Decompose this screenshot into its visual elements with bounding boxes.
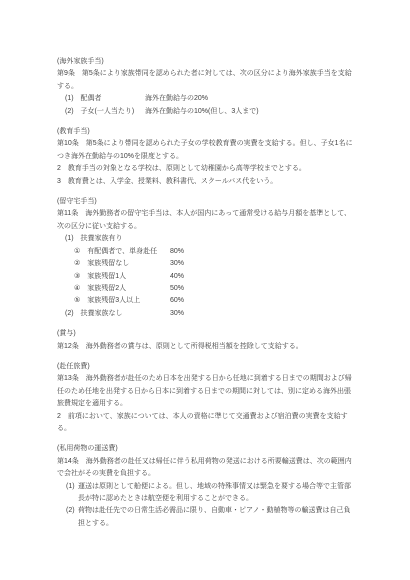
rate-row-value: 60% [170, 295, 184, 307]
section-bonus: (賞与) 第12条 海外勤務者の賞与は、原則として所得税相当額を控除して支給する… [57, 328, 356, 353]
rate-row: ③ 家族残留1人 40% [57, 271, 356, 283]
section-heading: (教育手当) [57, 126, 356, 138]
rate-row-label: ⑤ 家族残留3人以上 [74, 295, 170, 307]
rate-row-no-dependents: (2) 扶養家族なし 30% [57, 308, 356, 320]
article-12-text: 第12条 海外勤務者の賞与は、原則として所得税相当額を控除して支給する。 [57, 341, 356, 353]
rate-row: ④ 家族残留2人 50% [57, 283, 356, 295]
article-10-clause-2: 2 教育手当の対象となる学校は、原則として幼稚園から高等学校までとする。 [57, 163, 356, 175]
allowance-row-label: (2) 子女(一人当たり) [65, 106, 145, 118]
section-overseas-family-allowance: (海外家族手当) 第9条 第5条により家族帯同を認められた者に対しては、次の区分… [57, 56, 356, 118]
section-heading: (私用荷物の運送費) [57, 443, 356, 455]
rate-row-label: ① 有配偶者で、単身赴任 [74, 246, 170, 258]
article-10-text: 第10条 第5条により帯同を認められた子女の学校教育費の実費を支給する。但し、子… [57, 138, 356, 163]
article-13-text: 第13条 海外勤務者が赴任のため日本を出発する日から任地に到着する日までの期間お… [57, 373, 356, 410]
article-11-text: 第11条 海外勤務者の留守宅手当は、本人が国内にあって通常受ける給与月額を基準と… [57, 208, 356, 233]
rate-group-label-text: (1) 扶養家族有り [65, 233, 123, 245]
clause-marker: (1) [66, 481, 78, 506]
section-relocation-travel-expenses: (赴任旅費) 第13条 海外勤務者が赴任のため日本を出発する日から任地に到着する… [57, 361, 356, 435]
allowance-row: (2) 子女(一人当たり) 海外在勤給与の10%(但し、3人まで) [57, 106, 356, 118]
rate-row: ① 有配偶者で、単身赴任 80% [57, 246, 356, 258]
rate-row-label: ② 家族残留なし [74, 258, 170, 270]
rate-group-label: (1) 扶養家族有り [57, 233, 356, 245]
rate-row-value: 50% [170, 283, 184, 295]
clause-text: 運送は原則として船便による。但し、地域の特殊事情又は緊急を要する場合等で主管部長… [78, 481, 356, 506]
clause-marker: (2) [66, 505, 78, 530]
rate-row-label: (2) 扶養家族なし [65, 308, 170, 320]
section-heading: (海外家族手当) [57, 56, 356, 68]
section-personal-baggage-shipping: (私用荷物の運送費) 第14条 海外勤務者の赴任又は帰任に伴う私用荷物の発送にお… [57, 443, 356, 530]
allowance-row-value: 海外在勤給与の10%(但し、3人まで) [145, 106, 259, 118]
section-heading: (賞与) [57, 328, 356, 340]
rate-row-value: 80% [170, 246, 184, 258]
rate-row: ⑤ 家族残留3人以上 60% [57, 295, 356, 307]
allowance-row-value: 海外在勤給与の20% [145, 93, 208, 105]
clause-item: (2) 荷物は赴任先での日常生活必需品に限り、自動車・ピアノ・動植物等の輸送費は… [57, 505, 356, 530]
rate-row-label: ③ 家族残留1人 [74, 271, 170, 283]
rate-row-label: ④ 家族残留2人 [74, 283, 170, 295]
article-14-text: 第14条 海外勤務者の赴任又は帰任に伴う私用荷物の発送における所要輸送費は、次の… [57, 456, 356, 481]
clause-text: 荷物は赴任先での日常生活必需品に限り、自動車・ピアノ・動植物等の輸送費は自己負担… [78, 505, 356, 530]
section-education-allowance: (教育手当) 第10条 第5条により帯同を認められた子女の学校教育費の実費を支給… [57, 126, 356, 188]
section-heading: (赴任旅費) [57, 361, 356, 373]
rate-row: ② 家族残留なし 30% [57, 258, 356, 270]
rate-row-value: 30% [170, 258, 184, 270]
section-home-allowance: (留守宅手当) 第11条 海外勤務者の留守宅手当は、本人が国内にあって通常受ける… [57, 196, 356, 320]
rate-row-value: 40% [170, 271, 184, 283]
section-heading: (留守宅手当) [57, 196, 356, 208]
allowance-row: (1) 配偶者 海外在勤給与の20% [57, 93, 356, 105]
clause-item: (1) 運送は原則として船便による。但し、地域の特殊事情又は緊急を要する場合等で… [57, 481, 356, 506]
allowance-row-label: (1) 配偶者 [65, 93, 145, 105]
document-page: (海外家族手当) 第9条 第5条により家族帯同を認められた者に対しては、次の区分… [57, 56, 356, 538]
rate-row-value: 30% [170, 308, 184, 320]
article-13-clause-2: 2 前項において、家族については、本人の資格に準じて交通費および宿泊費の実費を支… [57, 411, 356, 436]
article-10-clause-3: 3 教育費とは、入学金、授業料、教科書代、スクールバス代をいう。 [57, 176, 356, 188]
article-9-text: 第9条 第5条により家族帯同を認められた者に対しては、次の区分により海外家族手当… [57, 68, 356, 93]
